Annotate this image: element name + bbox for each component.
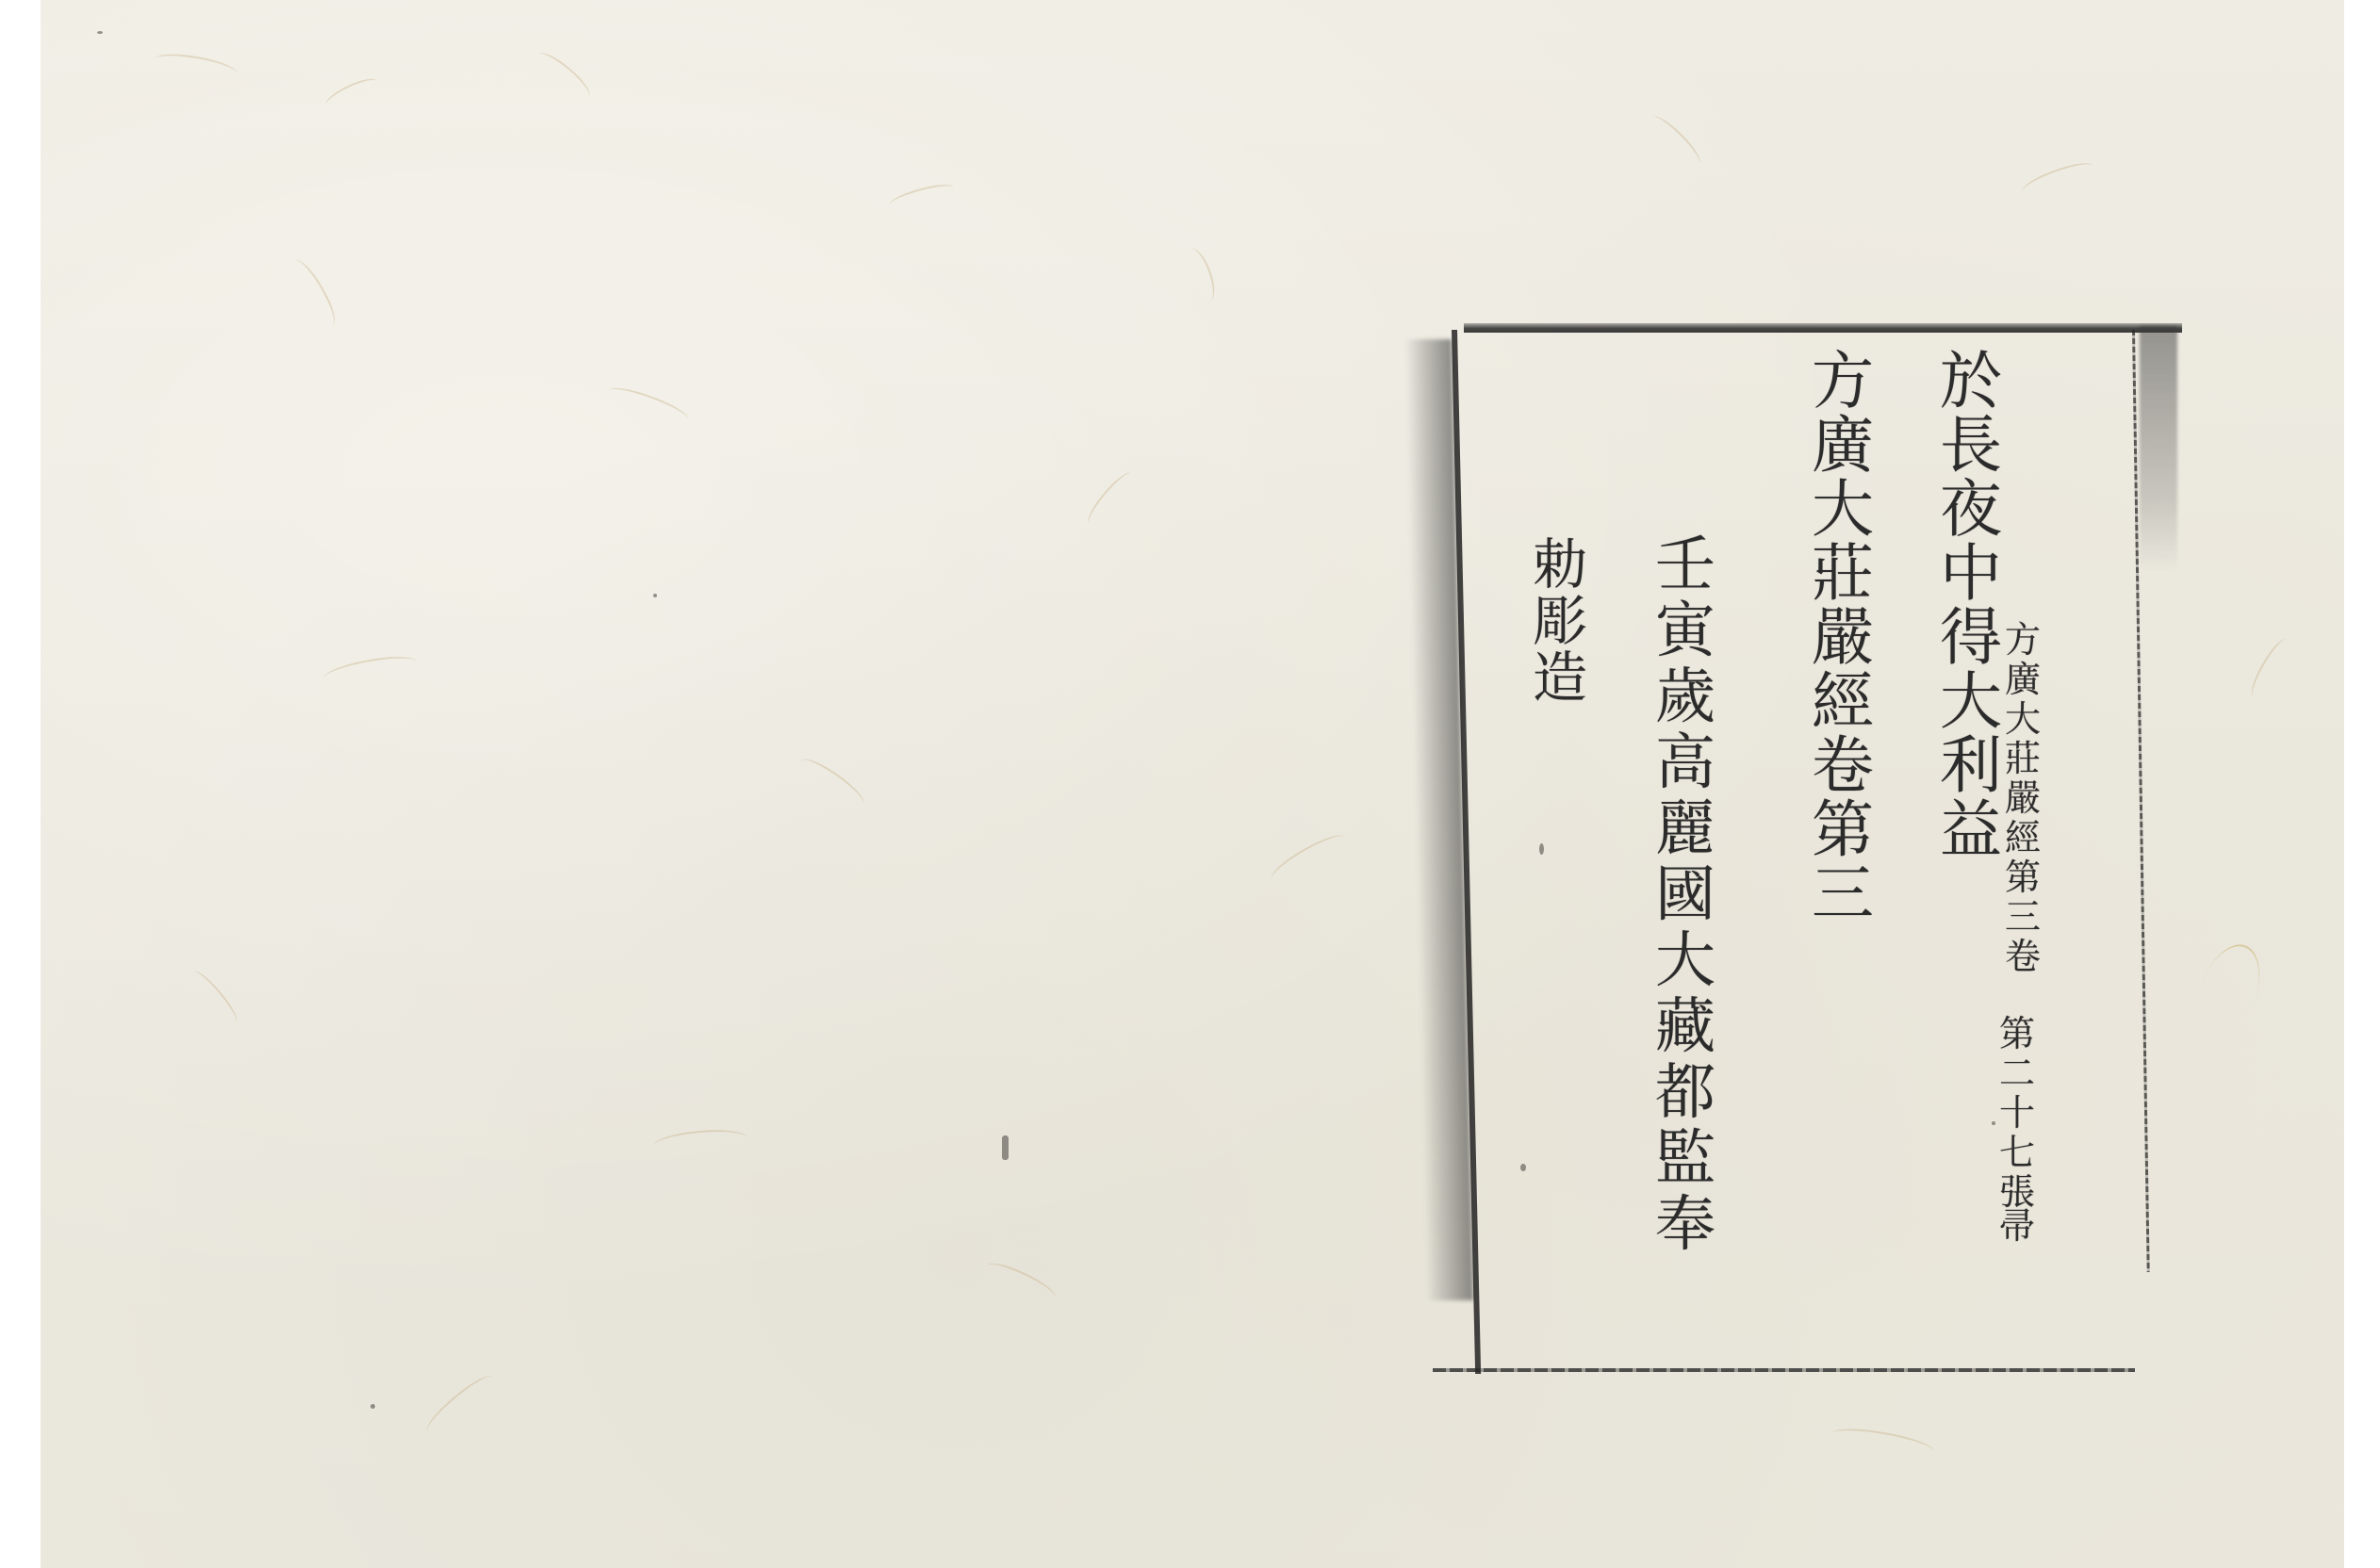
char: 帚 bbox=[1999, 1208, 2035, 1248]
ink-speck bbox=[1539, 843, 1544, 855]
paper-fiber bbox=[1647, 111, 1705, 170]
paper-fiber bbox=[652, 1127, 748, 1158]
frame-right-smudge bbox=[2140, 326, 2177, 571]
paper-fiber bbox=[2183, 936, 2273, 1054]
paper-fiber bbox=[796, 753, 868, 811]
paper-fiber bbox=[983, 1257, 1059, 1306]
ink-speck bbox=[1520, 1164, 1526, 1171]
colophon: 壬 寅 歲 高 麗 國 大 藏 都 監 奉 bbox=[1651, 535, 1719, 1261]
char: 歲 bbox=[1655, 667, 1715, 733]
paper-fiber bbox=[533, 47, 595, 104]
char: 高 bbox=[1655, 733, 1715, 799]
char: 都 bbox=[1655, 1063, 1715, 1129]
ink-speck bbox=[370, 1404, 375, 1409]
char: 彫 bbox=[1533, 594, 1587, 650]
char: 廣 bbox=[2005, 661, 2041, 701]
ink-speck bbox=[653, 594, 657, 597]
colophon-edict: 勅 彫 造 bbox=[1529, 537, 1591, 707]
char: 莊 bbox=[1812, 543, 1874, 607]
char: 藏 bbox=[1655, 997, 1715, 1063]
char: 大 bbox=[2005, 701, 2041, 741]
char: 第 bbox=[1812, 799, 1874, 863]
paper-fiber bbox=[605, 382, 691, 429]
char: 夜 bbox=[1940, 479, 2002, 543]
char: 三 bbox=[2005, 899, 2041, 939]
paper-fiber bbox=[153, 49, 239, 84]
ink-speck bbox=[1002, 1135, 1009, 1160]
char: 第 bbox=[2005, 859, 2041, 899]
char: 益 bbox=[1940, 799, 2002, 863]
char: 經 bbox=[1812, 671, 1874, 735]
margin-note-case-mark: 帚 bbox=[1996, 1208, 2038, 1248]
char: 於 bbox=[1940, 351, 2002, 415]
char: 大 bbox=[1812, 479, 1874, 543]
paper-fiber bbox=[188, 967, 241, 1027]
char: 大 bbox=[1940, 671, 2002, 735]
paper-fiber bbox=[1083, 467, 1139, 529]
char: 國 bbox=[1655, 865, 1715, 931]
char: 造 bbox=[1533, 650, 1587, 707]
char: 麗 bbox=[1655, 799, 1715, 865]
frame-bottom-border bbox=[1433, 1368, 2135, 1372]
paper-fiber bbox=[286, 255, 341, 331]
char: 長 bbox=[1940, 415, 2002, 479]
char: 二 bbox=[1999, 1055, 2035, 1095]
char: 壬 bbox=[1655, 535, 1715, 601]
char: 中 bbox=[1940, 543, 2002, 607]
char: 奉 bbox=[1655, 1195, 1715, 1261]
char: 廣 bbox=[1812, 415, 1874, 479]
margin-note-page-number: 第 二 十 七 張 bbox=[1996, 1016, 2038, 1214]
paper-fiber bbox=[1830, 1424, 1936, 1462]
char: 方 bbox=[1812, 351, 1874, 415]
char: 第 bbox=[1999, 1016, 2035, 1055]
char: 得 bbox=[1940, 607, 2002, 671]
char: 十 bbox=[1999, 1095, 2035, 1135]
paper-fiber bbox=[322, 73, 381, 113]
char: 卷 bbox=[2005, 939, 2041, 978]
char: 嚴 bbox=[1812, 607, 1874, 671]
char: 莊 bbox=[2005, 741, 2041, 780]
char: 嚴 bbox=[2005, 780, 2041, 820]
char: 寅 bbox=[1655, 601, 1715, 667]
char: 卷 bbox=[1812, 735, 1874, 799]
paper-fiber bbox=[1267, 828, 1351, 889]
char: 利 bbox=[1940, 735, 2002, 799]
char: 經 bbox=[2005, 820, 2041, 859]
paper-fiber bbox=[421, 1369, 499, 1438]
paper-fiber bbox=[888, 180, 956, 212]
frame-top-border bbox=[1464, 323, 2182, 333]
margin-note-title: 方 廣 大 莊 嚴 經 第 三 卷 bbox=[2002, 622, 2044, 978]
char: 勅 bbox=[1533, 537, 1587, 594]
char: 方 bbox=[2005, 622, 2041, 661]
end-title: 方 廣 大 莊 嚴 經 卷 第 三 bbox=[1809, 351, 1877, 927]
char: 七 bbox=[1999, 1135, 2035, 1174]
char: 三 bbox=[1812, 863, 1874, 927]
char: 監 bbox=[1655, 1129, 1715, 1195]
paper-fiber bbox=[2246, 635, 2294, 701]
paper-fiber bbox=[322, 651, 419, 688]
ink-speck bbox=[97, 31, 103, 34]
char: 大 bbox=[1655, 931, 1715, 997]
paper-fiber bbox=[1179, 245, 1220, 306]
ink-speck bbox=[1992, 1121, 1995, 1125]
text-line-final: 於 長 夜 中 得 大 利 益 bbox=[1937, 351, 2005, 863]
paper-fiber bbox=[2019, 157, 2096, 201]
